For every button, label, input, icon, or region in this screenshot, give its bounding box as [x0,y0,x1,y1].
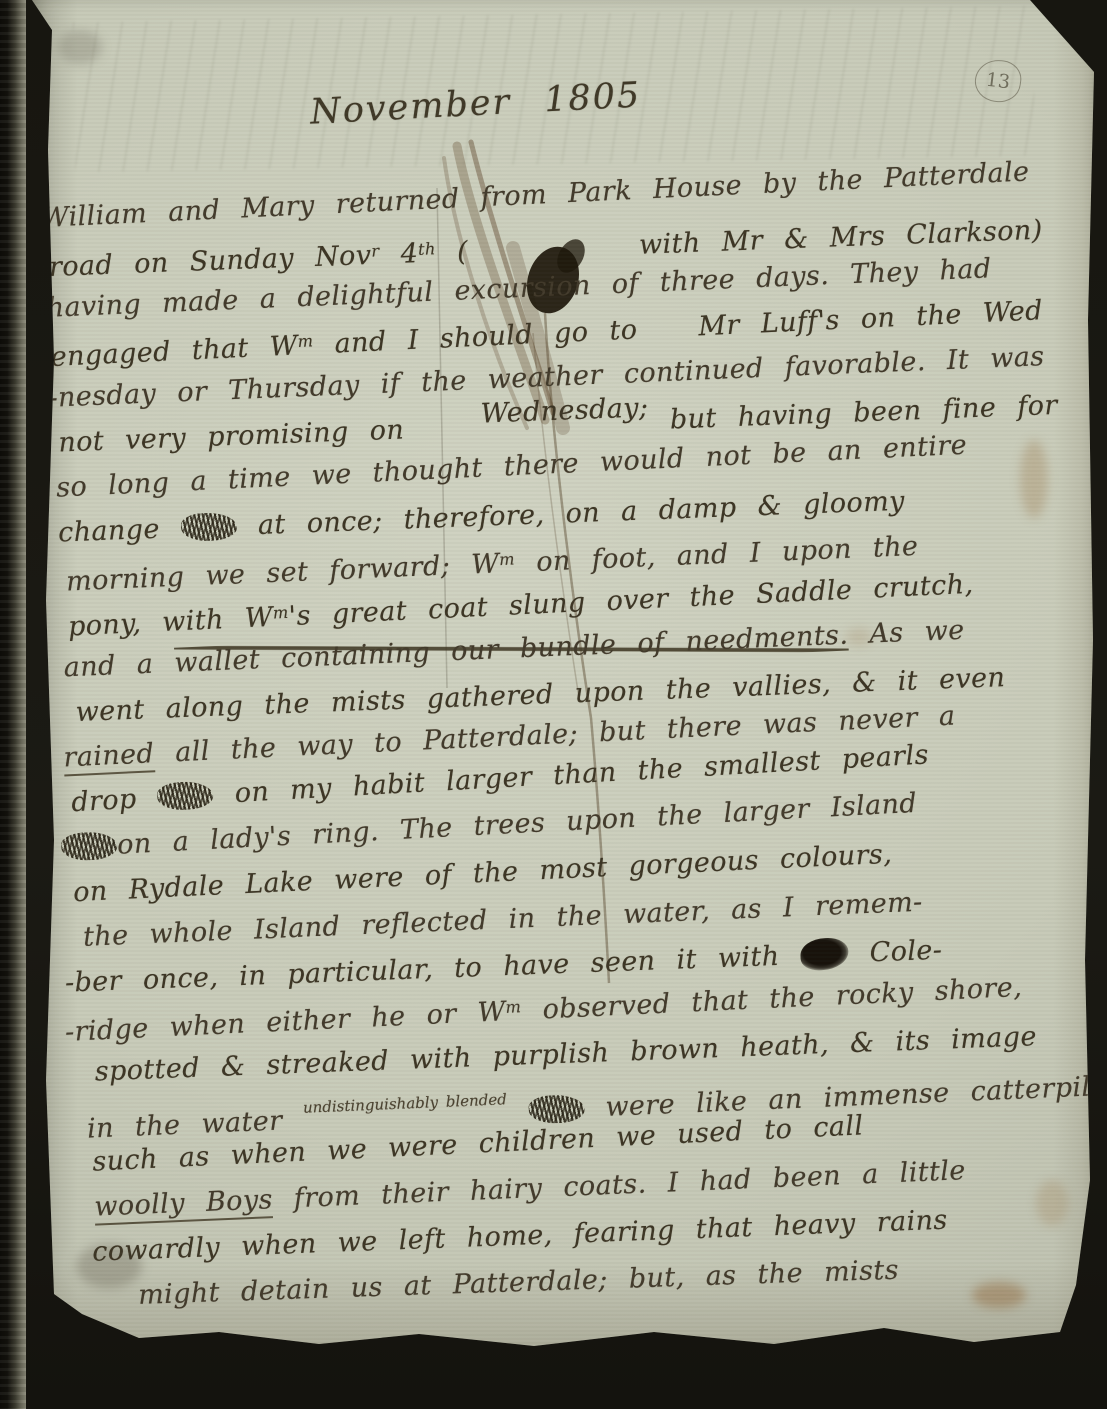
line-gap [468,255,618,261]
line-gap [659,335,699,337]
manuscript-page: 13 November 1805 William and Mary return… [24,0,1096,1356]
line-segment: Wednesday; [480,392,649,429]
line-segment: m [297,331,314,351]
line-segment: woolly Boys [94,1184,274,1225]
line-segment: undistinguishably blended [303,1090,508,1117]
manuscript-text: William and Mary returned from Park Hous… [40,153,1107,1320]
ink-scribble [180,512,237,542]
line-segment: m [499,549,516,569]
ink-edge-spot [26,620,38,640]
line-segment: drop [71,782,159,818]
line-segment: change [58,513,182,549]
line-segment: and a [63,648,175,684]
line-segment: m [272,603,289,623]
line-segment: rained [63,738,155,776]
paper-stain [58,30,102,64]
page-number: 13 [985,69,1012,94]
book-spine-edge [0,0,26,1409]
line-gap [426,436,482,438]
line-segment: pony, with W [67,602,273,643]
ink-scribble [61,831,118,862]
line-segment: th [418,239,436,259]
line-segment: m [505,997,522,1017]
line-segment: ( [435,236,468,268]
line-segment: 4 [379,238,419,270]
ink-edge-spot [28,690,38,704]
ink-scribble [157,780,214,811]
line-segment: As we [848,615,966,651]
ink-blot [800,937,849,971]
